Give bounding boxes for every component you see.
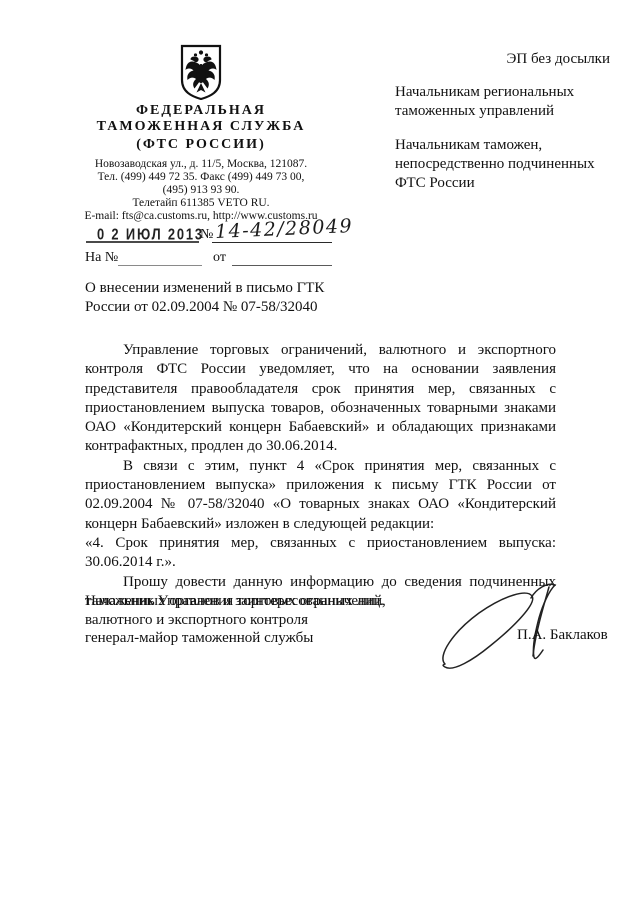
body-paragraph: Управление торговых ограничений, валютно…	[85, 341, 556, 457]
delivery-method-note: ЭП без досылки	[395, 51, 610, 68]
org-address: Новозаводская ул., д. 11/5, Москва, 1210…	[55, 158, 347, 170]
letter-body: Управление торговых ограничений, валютно…	[85, 341, 556, 611]
reply-to-number-label: На №	[85, 250, 118, 266]
signer-title-block: Начальник Управления торговых ограничени…	[85, 592, 386, 648]
addressee-line: Начальникам региональных	[395, 83, 630, 102]
org-phone-line2: (495) 913 93 90.	[55, 184, 347, 196]
signer-title-line2: валютного и экспортного контроля	[85, 611, 386, 630]
addressee-group-customs: Начальникам таможен, непосредственно под…	[395, 136, 630, 193]
signer-name: П.А. Баклаков	[517, 627, 608, 644]
addressee-line: ФТС России	[395, 174, 630, 193]
reply-number-blank-line	[118, 265, 202, 266]
number-underline	[212, 242, 332, 243]
addressee-line: таможенных управлений	[395, 102, 630, 121]
org-teletype: Телетайп 611385 VETO RU.	[55, 197, 347, 209]
body-paragraph: В связи с этим, пункт 4 «Срок принятия м…	[85, 457, 556, 534]
number-sign-label: №	[200, 227, 213, 243]
org-name-line2: ТАМОЖЕННАЯ СЛУЖБА	[55, 119, 347, 135]
addressee-line: непосредственно подчиненных	[395, 155, 630, 174]
body-paragraph-quoted-clause: «4. Срок принятия мер, связанных с приос…	[85, 534, 556, 573]
signer-title-line3: генерал-майор таможенной службы	[85, 629, 386, 648]
org-phone-line1: Тел. (499) 449 72 35. Факс (499) 449 73 …	[55, 171, 347, 183]
date-underline	[86, 241, 199, 243]
reply-date-blank-line	[232, 265, 332, 266]
subject-line1: О внесении изменений в письмо ГТК	[85, 279, 385, 298]
addressee-group-regional: Начальникам региональных таможенных упра…	[395, 83, 630, 121]
subject-heading: О внесении изменений в письмо ГТК России…	[85, 279, 385, 316]
outgoing-number-handwritten: 14-42/28049	[215, 215, 354, 243]
org-abbreviation: (ФТС РОССИИ)	[55, 137, 347, 153]
scanned-letter-page: ФЕДЕРАЛЬНАЯ ТАМОЖЕННАЯ СЛУЖБА (ФТС РОССИ…	[0, 0, 640, 905]
addressee-line: Начальникам таможен,	[395, 136, 630, 155]
reply-date-label: от	[213, 250, 226, 266]
coat-of-arms-icon	[178, 44, 224, 100]
subject-line2: России от 02.09.2004 № 07-58/32040	[85, 298, 385, 317]
org-name-line1: ФЕДЕРАЛЬНАЯ	[55, 103, 347, 119]
signer-title-line1: Начальник Управления торговых ограничени…	[85, 592, 386, 611]
